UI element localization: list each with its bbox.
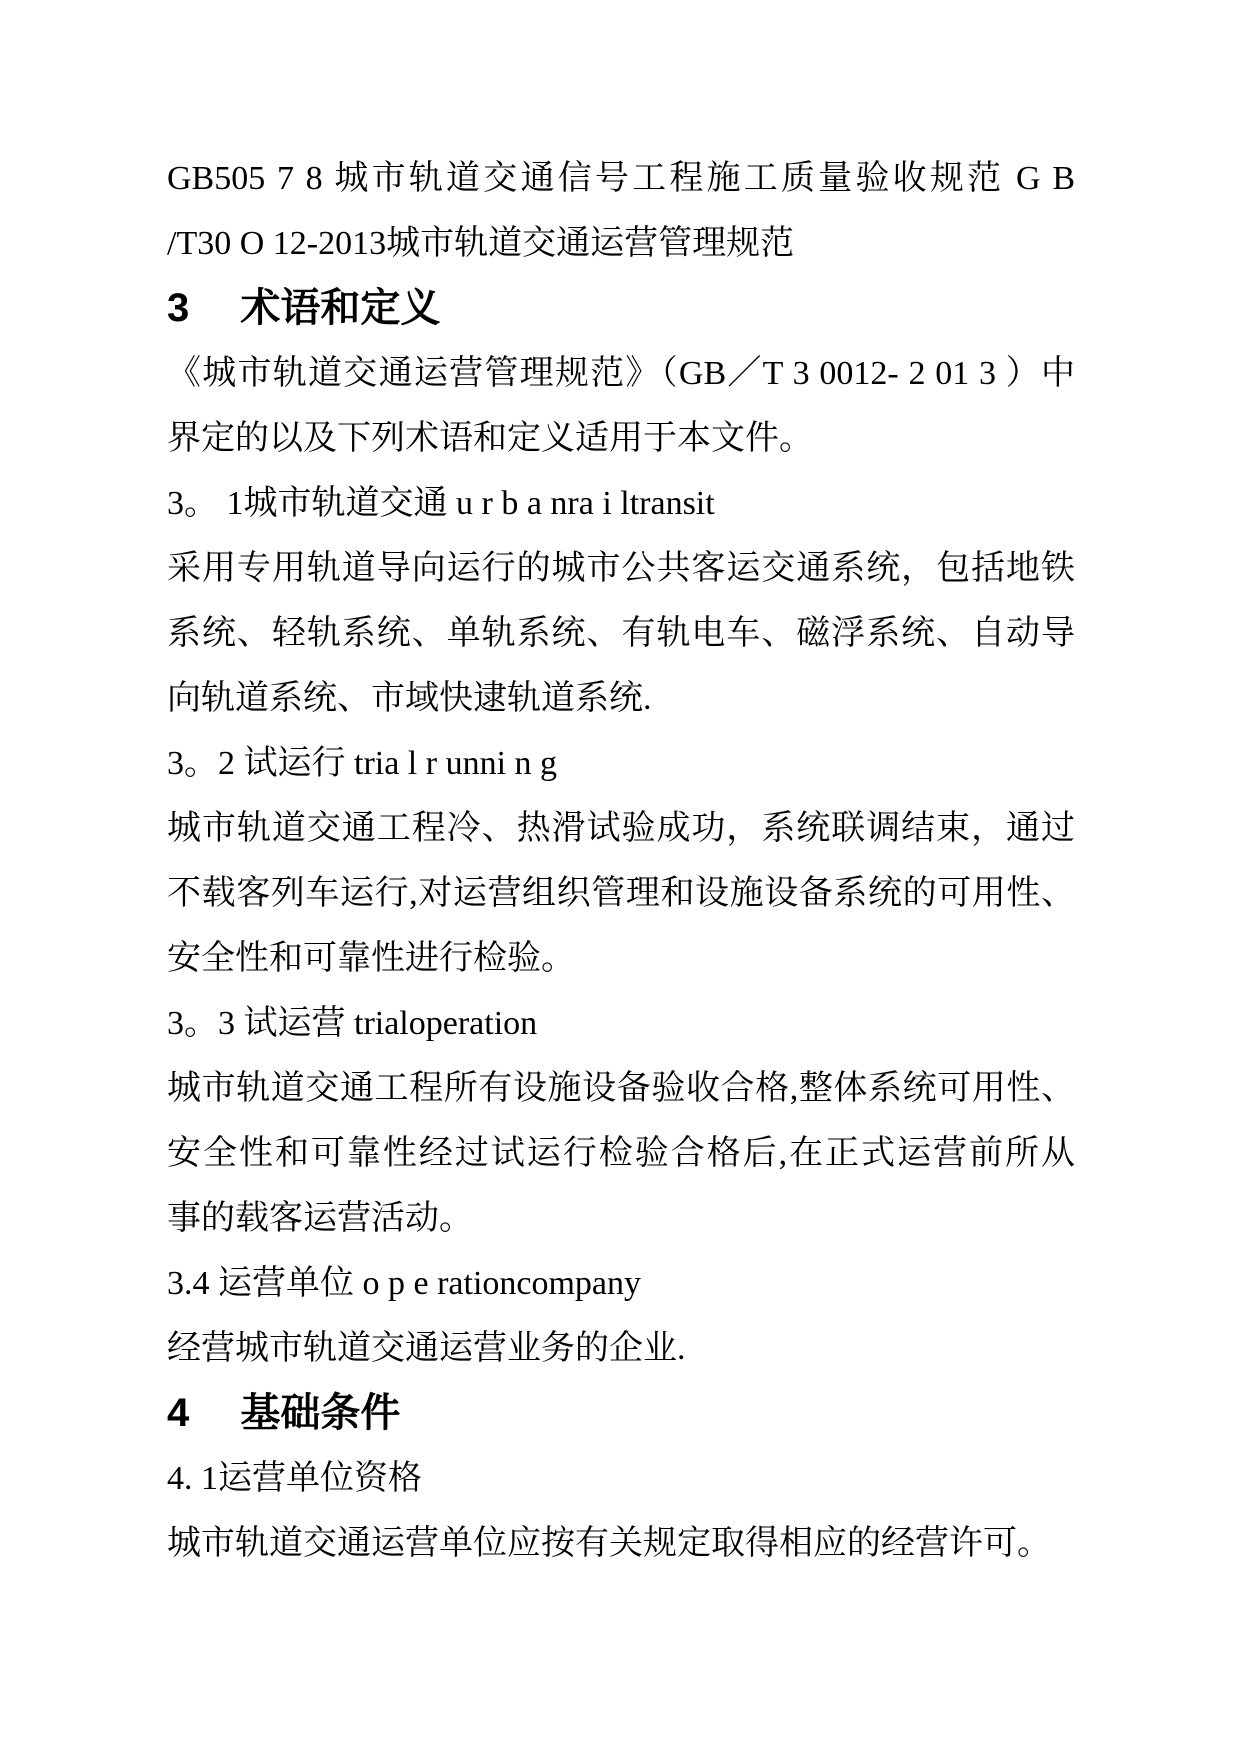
text-line: 安全性和可靠性进行检验。: [167, 926, 1075, 991]
text-line: GB505 7 8 城市轨道交通信号工程施工质量验收规范 G B: [167, 146, 1075, 211]
text-line: 城市轨道交通运营单位应按有关规定取得相应的经营许可。: [167, 1511, 1075, 1576]
term-heading-4-1: 4. 1运营单位资格: [167, 1446, 1075, 1511]
text-line: 采用专用轨道导向运行的城市公共客运交通系统，包括地铁: [167, 536, 1075, 601]
term-heading-3-4: 3.4 运营单位 o p e rationcompany: [167, 1251, 1075, 1316]
section-heading-4: 4 基础条件: [167, 1381, 1075, 1446]
term-heading-3-1: 3。 1城市轨道交通 u r b a nra i ltransit: [167, 471, 1075, 536]
text-line: 城市轨道交通工程所有设施设备验收合格,整体系统可用性、: [167, 1056, 1075, 1121]
text-line: 《城市轨道交通运营管理规范》（GB／T 3 0012- 2 01 3 ）中: [167, 341, 1075, 406]
term-heading-3-2: 3。2 试运行 tria l r unni n g: [167, 731, 1075, 796]
text-line: 向轨道系统、市域快逮轨道系统.: [167, 666, 1075, 731]
text-line: 城市轨道交通工程冷、热滑试验成功，系统联调结束，通过: [167, 796, 1075, 861]
section-heading-3: 3 术语和定义: [167, 276, 1075, 341]
text-line: 事的载客运营活动。: [167, 1186, 1075, 1251]
text-line: /T30 O 12-2013城市轨道交通运营管理规范: [167, 211, 1075, 276]
text-line: 安全性和可靠性经过试运行检验合格后,在正式运营前所从: [167, 1121, 1075, 1186]
document-page: GB505 7 8 城市轨道交通信号工程施工质量验收规范 G B /T30 O …: [0, 0, 1241, 1754]
term-heading-3-3: 3。3 试运营 trialoperation: [167, 991, 1075, 1056]
text-line: 界定的以及下列术语和定义适用于本文件。: [167, 406, 1075, 471]
text-line: 系统、轻轨系统、单轨系统、有轨电车、磁浮系统、自动导: [167, 601, 1075, 666]
text-line: 经营城市轨道交通运营业务的企业.: [167, 1316, 1075, 1381]
text-line: 不载客列车运行,对运营组织管理和设施设备系统的可用性、: [167, 861, 1075, 926]
document-body: GB505 7 8 城市轨道交通信号工程施工质量验收规范 G B /T30 O …: [167, 146, 1075, 1576]
